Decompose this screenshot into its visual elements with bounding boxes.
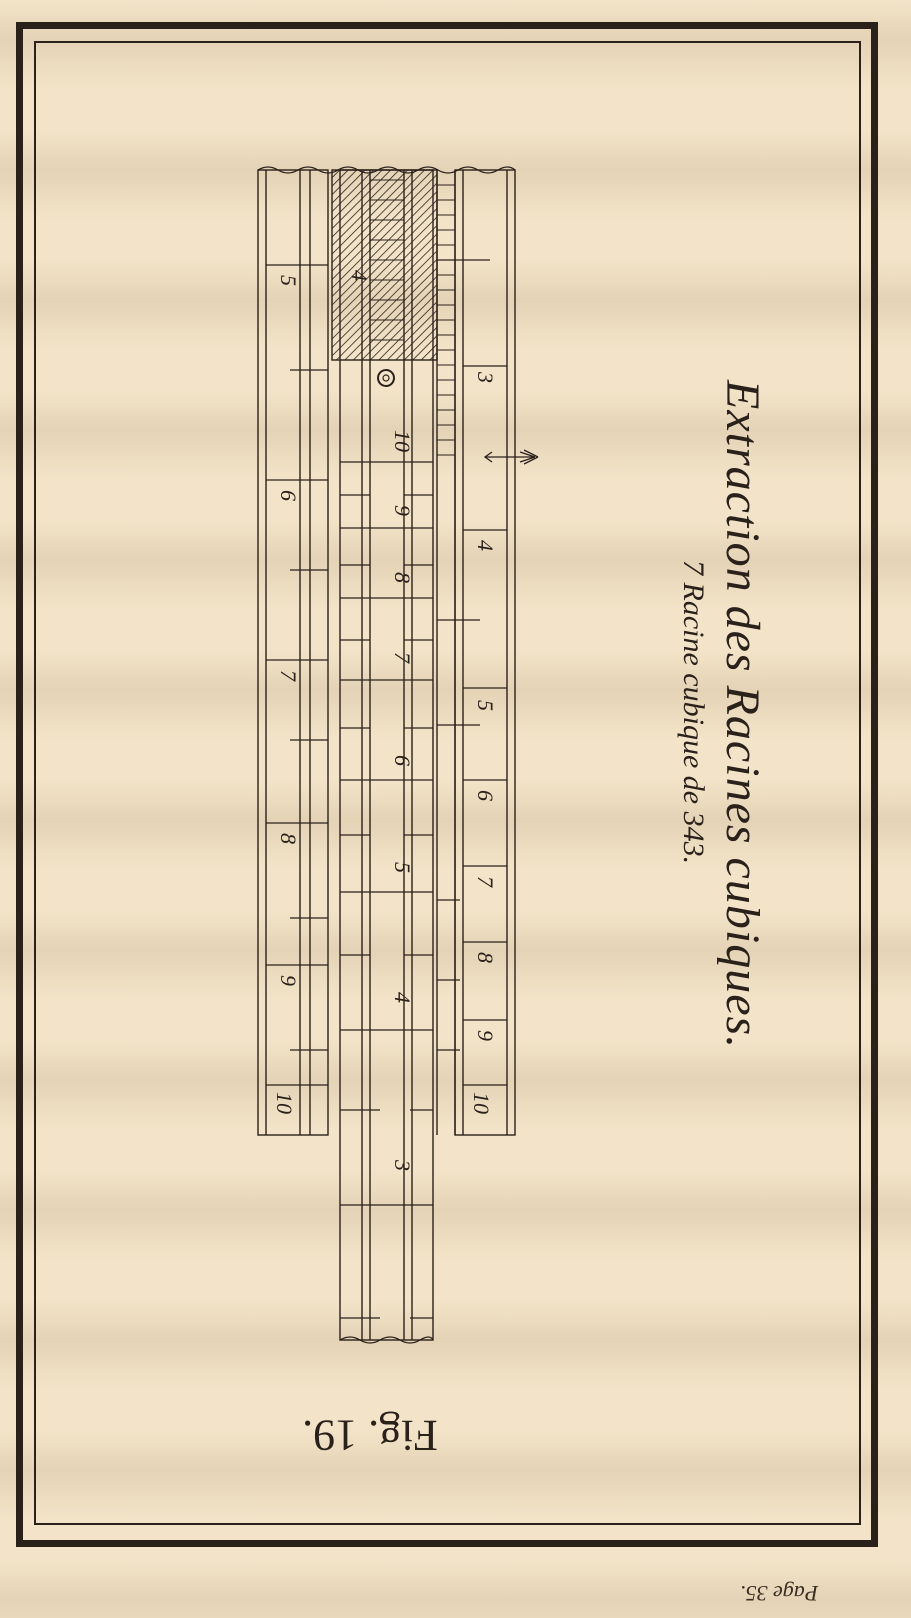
svg-text:8: 8 bbox=[276, 833, 301, 844]
svg-text:6: 6 bbox=[276, 490, 301, 501]
svg-text:5: 5 bbox=[276, 275, 301, 286]
svg-text:8: 8 bbox=[473, 952, 498, 963]
svg-text:9: 9 bbox=[473, 1030, 498, 1041]
svg-text:9: 9 bbox=[390, 505, 415, 516]
svg-text:3: 3 bbox=[390, 1159, 415, 1171]
svg-text:9: 9 bbox=[276, 975, 301, 986]
svg-text:10: 10 bbox=[469, 1092, 494, 1114]
svg-text:4: 4 bbox=[390, 992, 415, 1003]
hatched-cursor-block bbox=[332, 170, 437, 360]
svg-text:7: 7 bbox=[390, 652, 415, 664]
svg-text:5: 5 bbox=[390, 862, 415, 873]
svg-text:3: 3 bbox=[473, 371, 498, 383]
svg-text:5: 5 bbox=[473, 700, 498, 711]
pointer-arrow-icon bbox=[485, 450, 538, 464]
svg-text:6: 6 bbox=[473, 790, 498, 801]
screw-head-icon bbox=[378, 370, 394, 386]
svg-text:8: 8 bbox=[390, 572, 415, 583]
svg-text:4: 4 bbox=[347, 270, 372, 281]
svg-text:10: 10 bbox=[390, 430, 415, 452]
svg-text:10: 10 bbox=[272, 1092, 297, 1114]
svg-text:6: 6 bbox=[390, 755, 415, 766]
svg-text:4: 4 bbox=[473, 540, 498, 551]
slide-rule-diagram: 4 3 4 5 6 7 8 9 10 bbox=[0, 0, 911, 1618]
svg-text:7: 7 bbox=[473, 876, 498, 888]
svg-text:7: 7 bbox=[276, 670, 301, 682]
